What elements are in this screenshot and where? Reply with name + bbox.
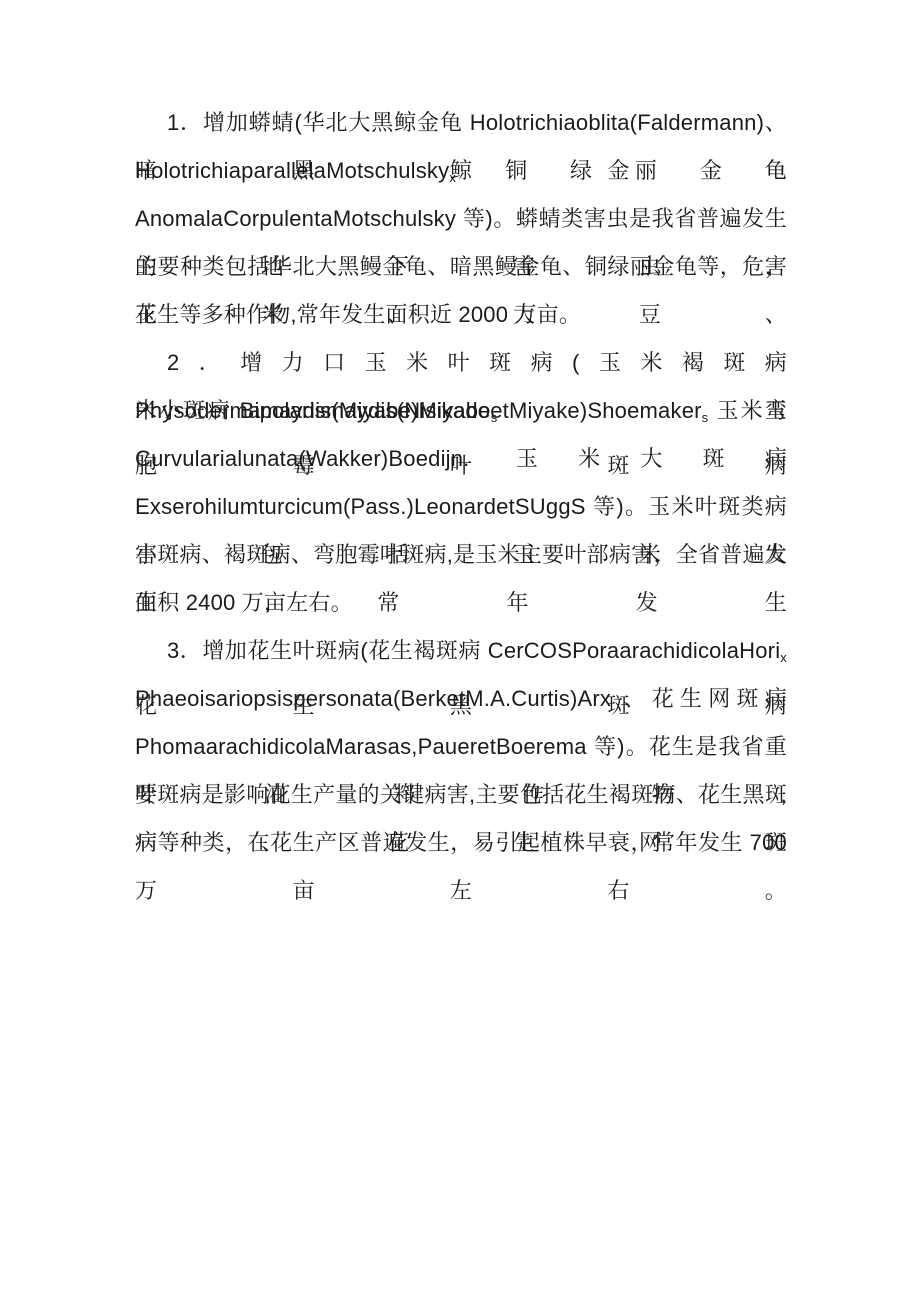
scientific-name: HolotrichiaparallelaMotschulsky — [135, 158, 449, 183]
text-line: 叶斑病是影响花生产量的关键病害,主要包括花生褐斑病、花生黑斑病、花生网斑 — [135, 771, 787, 819]
line-text: 花生等多种作物,常年发生面积近 2000 万亩。 — [135, 302, 581, 327]
text-line: 2．增力口玉米叶斑病(玉米褐斑病 Physodermamaydis(Miyabe… — [135, 339, 787, 387]
text-line: PhomaarachidicolaMarasas,PaueretBoerema … — [135, 723, 787, 771]
line-text: 病等种类，在花生产区普遍发生，易引起植株早衰，常年发生 700 万亩左右。 — [135, 830, 787, 903]
text-line: Curvularialunata(Wakker)Boedijn. 玉米大斑病 — [135, 435, 787, 483]
text-line: 病等种类，在花生产区普遍发生，易引起植株早衰，常年发生 700 万亩左右。 — [135, 819, 787, 867]
document-body: 1．增加蟒蜻(华北大黑鲸金龟 Holotrichiaoblita(Falderm… — [135, 99, 787, 867]
paragraph-2-corn-leaf-spot: 2．增力口玉米叶斑病(玉米褐斑病 Physodermamaydis(Miyabe… — [135, 339, 787, 627]
text-line: 主要种类包括华北大黑鳗金龟、暗黑鳗金龟、铜绿丽金龟等，危害玉米、大豆、 — [135, 243, 787, 291]
line-text: Curvularialunata(Wakker)Boedijn. 玉米大斑病 — [135, 446, 787, 471]
text-line: 小斑病、褐斑病、弯胞霉叶斑病,是玉米主要叶部病害，全省普遍发生,常年发生 — [135, 531, 787, 579]
line-text: Phaeoisariopsispersonata(BerketM.A.Curti… — [135, 686, 787, 711]
line-text: 铜绿丽金龟 — [456, 158, 787, 183]
line-text: 面积 2400 万亩左右。 — [135, 590, 353, 615]
text-line: Phaeoisariopsispersonata(BerketM.A.Curti… — [135, 675, 787, 723]
subscript-x: x — [780, 650, 787, 665]
scientific-name: 米小斑病 Bipolarismaydis(NisikadoetMiyake)Sh… — [135, 398, 702, 423]
text-line: 1．增加蟒蜻(华北大黑鲸金龟 Holotrichiaoblita(Falderm… — [135, 99, 787, 147]
scientific-name: 3．增加花生叶斑病(花生褐斑病 CerCOSPoraarachidicolaHo… — [167, 638, 780, 663]
text-line: 米小斑病 Bipolarismaydis(NisikadoetMiyake)Sh… — [135, 387, 787, 435]
paragraph-1-grubs: 1．增加蟒蜻(华北大黑鲸金龟 Holotrichiaoblita(Falderm… — [135, 99, 787, 339]
text-line: HolotrichiaparallelaMotschulskyx 铜绿丽金龟 — [135, 147, 787, 195]
text-line: Exserohilumturcicum(Pass.)LeonardetSUggS… — [135, 483, 787, 531]
text-line: 3．增加花生叶斑病(花生褐斑病 CerCOSPoraarachidicolaHo… — [135, 627, 787, 675]
text-line: AnomalaCorpulentaMotschulsky 等)。蟒蜻类害虫是我省… — [135, 195, 787, 243]
document-page: { "page": { "background_color": "#ffffff… — [0, 0, 920, 1301]
paragraph-3-peanut-leaf-spot: 3．增加花生叶斑病(花生褐斑病 CerCOSPoraarachidicolaHo… — [135, 627, 787, 867]
